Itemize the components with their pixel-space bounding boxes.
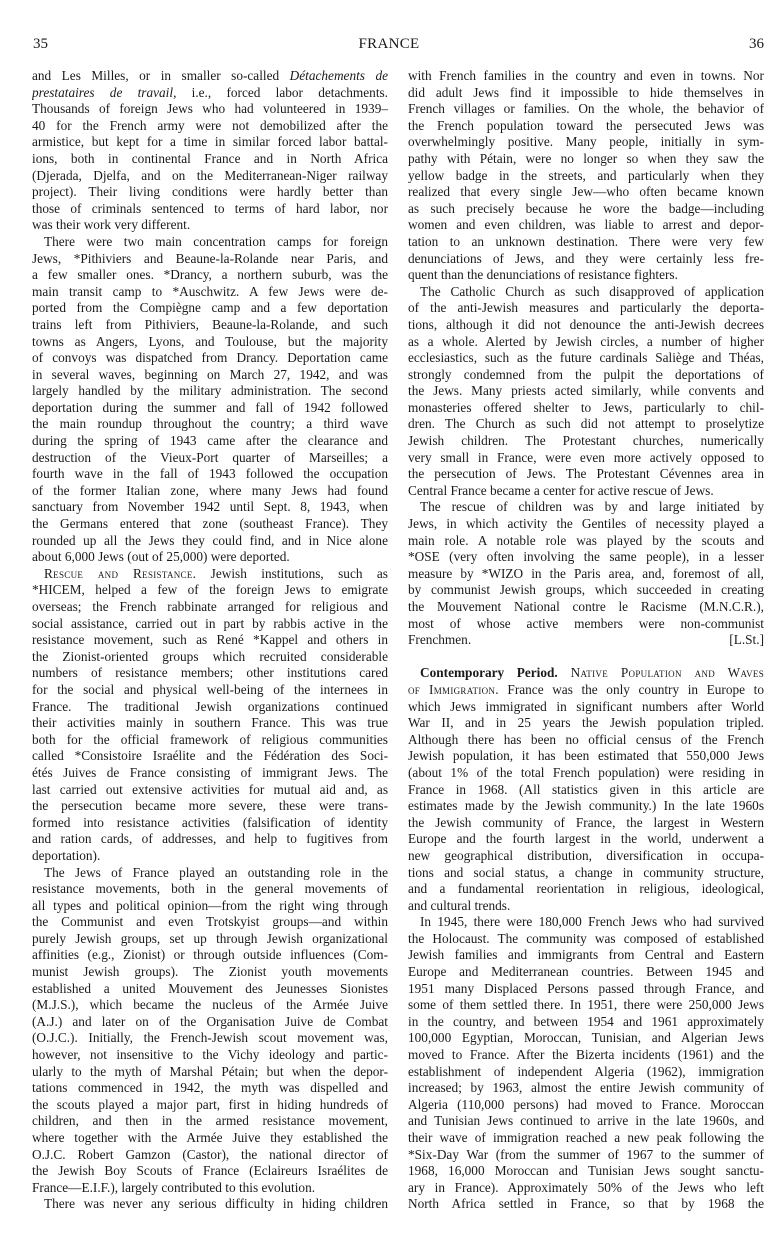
- line-text: France was the only country in Europe to: [499, 682, 764, 697]
- paragraph-line: the Mouvement National contre le Racisme…: [408, 599, 764, 616]
- paragraph-line: formed into resistance activities (falsi…: [32, 815, 388, 832]
- paragraph-line: purely Jewish groups, set up through Jew…: [32, 931, 388, 948]
- paragraph-line: the main roundup throughout the country;…: [32, 416, 388, 433]
- paragraph-line: ularly to the myth of Marshal Pétain; bu…: [32, 1064, 388, 1081]
- paragraph-line: moved to France. After the Bizerta incid…: [408, 1047, 764, 1064]
- paragraph-line: étés Juives de France consisting of immi…: [32, 765, 388, 782]
- paragraph-line: strongly condemned from the pulpit the d…: [408, 367, 764, 384]
- paragraph-line: armistice, but kept for a time in simila…: [32, 134, 388, 151]
- paragraph-line: both for the official framework of relig…: [32, 732, 388, 749]
- paragraph-line: of Immigration. France was the only coun…: [408, 682, 764, 699]
- paragraph-line: *HICEM, helped a few of the foreign Jews…: [32, 582, 388, 599]
- paragraph-line: tions and social status, a change in com…: [408, 865, 764, 882]
- paragraph-line: establishment of independent Algeria (19…: [408, 1064, 764, 1081]
- signoff-row: Frenchmen. [L.St.]: [408, 632, 764, 649]
- paragraph-line: new geographical distribution, diversifi…: [408, 848, 764, 865]
- paragraph-line: very small in France, were even more act…: [408, 450, 764, 467]
- section-contemporary-period: Contemporary Period. Native Population a…: [408, 665, 764, 914]
- paragraph-line: ary in France). Approximately 50% of the…: [408, 1180, 764, 1197]
- paragraph-line: Although there has been no official cens…: [408, 732, 764, 749]
- paragraph-line: social assistance, carried out in part b…: [32, 616, 388, 633]
- paragraph-line: France. The traditional Jewish organizat…: [32, 699, 388, 716]
- paragraph-rescue-of-children: The rescue of children was by and large …: [408, 499, 764, 648]
- paragraph-line: 100,000 Egyptian, Moroccan, Tunisian, an…: [408, 1030, 764, 1047]
- paragraph-line: (A.J.) and later on of the Organisation …: [32, 1014, 388, 1031]
- paragraph-line: In 1945, there were 180,000 French Jews …: [408, 914, 764, 931]
- paragraph-line: resistance movement, such as René *Kappe…: [32, 632, 388, 649]
- paragraph-line: of the anti-Jewish measures and particul…: [408, 300, 764, 317]
- paragraph-line: the Jews. Many priests acted similarly, …: [408, 383, 764, 400]
- paragraph-line: Thousands of foreign Jews who had volunt…: [32, 101, 388, 118]
- paragraph-line: by communist Jewish groups, which succee…: [408, 582, 764, 599]
- paragraph-body: The rescue of children was by and large …: [408, 499, 764, 632]
- paragraph-line: the persecution became more severe, thes…: [32, 798, 388, 815]
- paragraph-line: and Les Milles, or in smaller so-called …: [32, 68, 388, 85]
- paragraph-line: deportation).: [32, 848, 388, 865]
- paragraph-line: Jews, *Pithiviers and Beaune-la-Rolande …: [32, 251, 388, 268]
- paragraph-catholic-church: The Catholic Church as such disapproved …: [408, 284, 764, 500]
- paragraph-line: main transit camp to *Auschwitz. A few J…: [32, 284, 388, 301]
- paragraph-line: and Tunisian Jews continued to arrive in…: [408, 1113, 764, 1130]
- paragraph-line: however, not insensitive to the Vichy id…: [32, 1047, 388, 1064]
- paragraph-line: the persecution of Jews. The Protestant …: [408, 466, 764, 483]
- paragraph-line: with French families in the country and …: [408, 68, 764, 85]
- italic-text: prestataires de travail: [32, 85, 173, 100]
- paragraph-line: in several waves, beginning on March 27,…: [32, 367, 388, 384]
- page-header: 35 FRANCE 36: [0, 36, 778, 56]
- paragraph-line: of convoys was dispatched from Drancy. D…: [32, 350, 388, 367]
- paragraph-line: the French population toward the persecu…: [408, 118, 764, 135]
- paragraph-line: in the country, and between 1954 and 196…: [408, 1014, 764, 1031]
- paragraph-line: project). Their living conditions were h…: [32, 184, 388, 201]
- paragraph-labor-detachments: and Les Milles, or in smaller so-called …: [32, 68, 388, 234]
- paragraph-line: was their work very different.: [32, 217, 388, 234]
- author-signoff: [L.St.]: [729, 632, 764, 649]
- paragraph-line: dren. The Church as such did not attempt…: [408, 416, 764, 433]
- paragraph-line: the Jewish community of France, the larg…: [408, 815, 764, 832]
- paragraph-body: which Jews immigrated in significant num…: [408, 699, 764, 915]
- paragraph-line: Central France became a center for activ…: [408, 483, 764, 500]
- paragraph-line: overwhelmingly positive. Many people, in…: [408, 134, 764, 151]
- paragraph-line: War II, and in 25 years the Jewish popul…: [408, 715, 764, 732]
- paragraph-line: munist Jewish groups). The Zionist youth…: [32, 964, 388, 981]
- paragraph-line: about 6,000 Jews (out of 25,000) were de…: [32, 549, 388, 566]
- paragraph-line: yellow badge in the streets, and particu…: [408, 168, 764, 185]
- paragraph-line: Jews, in which activity the Gentiles of …: [408, 516, 764, 533]
- paragraph-line: The Jews of France played an outstanding…: [32, 865, 388, 882]
- paragraph-line: of the former Italian zone, where many J…: [32, 483, 388, 500]
- paragraph-line: France—E.I.F.), largely contributed to t…: [32, 1180, 388, 1197]
- paragraph-line: and cultural trends.: [408, 898, 764, 915]
- paragraph-line: *Six-Day War (from the summer of 1967 to…: [408, 1147, 764, 1164]
- paragraph-line: measure by *WIZO in the Paris area, and,…: [408, 566, 764, 583]
- paragraph-line: *OSE (very often involving the same peop…: [408, 549, 764, 566]
- paragraph-french-population: with French families in the country and …: [408, 68, 764, 284]
- paragraph-line: those of criminals sentenced to terms of…: [32, 201, 388, 218]
- paragraph-line: 40 for the French army were not demobili…: [32, 118, 388, 135]
- paragraph-line: destruction of the Vieux-Port quarter of…: [32, 450, 388, 467]
- paragraph-line: main role. A notable role was played by …: [408, 533, 764, 550]
- paragraph-line: and ration cards, of addresses, and help…: [32, 831, 388, 848]
- running-title: FRANCE: [0, 36, 778, 53]
- paragraph-line: the Zionist-oriented groups which recrui…: [32, 649, 388, 666]
- paragraph-line: rounded up all the Jews they could find,…: [32, 533, 388, 550]
- paragraph-line: and a fundamental reorientation in relig…: [408, 881, 764, 898]
- paragraph-line: numbers of resistance members; other ins…: [32, 665, 388, 682]
- paragraph-line: (M.J.S.), which became the nucleus of th…: [32, 997, 388, 1014]
- paragraph-line: 1968, 16,000 Moroccan and Tunisian Jews …: [408, 1163, 764, 1180]
- section-subhead-cont: of Immigration.: [408, 682, 499, 697]
- line-text: , i.e., forced labor detachments.: [173, 85, 388, 100]
- paragraph-line: their wave of immigration reached a new …: [408, 1130, 764, 1147]
- paragraph-line: women and even children, was liable to a…: [408, 217, 764, 234]
- paragraph-line: Europe and the fourth largest in the wor…: [408, 831, 764, 848]
- paragraph-line: during the spring of 1943 came after the…: [32, 433, 388, 450]
- section-spacer: [408, 649, 764, 666]
- paragraph-line: monasteries offered shelter to Jews, par…: [408, 400, 764, 417]
- paragraph-line: prestataires de travail, i.e., forced la…: [32, 85, 388, 102]
- paragraph-line: children, and then in the armed resistan…: [32, 1113, 388, 1130]
- paragraph-line: as such precisely because he wore the ba…: [408, 201, 764, 218]
- paragraph-line: realized that every single Jew—who often…: [408, 184, 764, 201]
- paragraph-line: Jewish families and immigrants from Cent…: [408, 947, 764, 964]
- left-column: and Les Milles, or in smaller so-called …: [32, 68, 388, 1213]
- paragraph-line: some of them settled there. In 1951, the…: [408, 997, 764, 1014]
- paragraph-line: their activities mainly in southern Fran…: [32, 715, 388, 732]
- paragraph-line: quent than the denunciations of resistan…: [408, 267, 764, 284]
- paragraph-line: The Catholic Church as such disapproved …: [408, 284, 764, 301]
- paragraph-line: There were two main concentration camps …: [32, 234, 388, 251]
- paragraph-line: Contemporary Period. Native Population a…: [408, 665, 764, 682]
- paragraph-line: the Communist and even Trotskyist groups…: [32, 914, 388, 931]
- paragraph-line: most of whose active members were non-co…: [408, 616, 764, 633]
- paragraph-line: The rescue of children was by and large …: [408, 499, 764, 516]
- paragraph-line: 1951 many Displaced Persons passed throu…: [408, 981, 764, 998]
- paragraph-line: a few smaller ones. *Drancy, a northern …: [32, 267, 388, 284]
- paragraph-line: estimates made by the Jewish community.)…: [408, 798, 764, 815]
- paragraph-line: pathy with Pétain, were no longer so whe…: [408, 151, 764, 168]
- paragraph-last-line: Frenchmen.: [408, 632, 471, 649]
- paragraph-line: (Djerada, Djelfa, and on the Mediterrane…: [32, 168, 388, 185]
- paragraph-line: tions, although it did not denounce the …: [408, 317, 764, 334]
- paragraph-line: tation to an unknown destination. There …: [408, 234, 764, 251]
- paragraph-line: last carried out extensive activities fo…: [32, 782, 388, 799]
- line-text: and Les Milles, or in smaller so-called: [32, 68, 290, 83]
- paragraph-line: Jewish population, it has been estimated…: [408, 748, 764, 765]
- paragraph-line: the Jewish Boy Scouts of France (Eclaire…: [32, 1163, 388, 1180]
- paragraph-line: resistance movements, both in the genera…: [32, 881, 388, 898]
- paragraph-line: which Jews immigrated in significant num…: [408, 699, 764, 716]
- paragraph-line: called *Consistoire Israélite and the Fé…: [32, 748, 388, 765]
- paragraph-line: did adult Jews find it impossible to hid…: [408, 85, 764, 102]
- section-subhead: Native Population and Waves: [558, 665, 764, 680]
- paragraph-line: France in 1968. (All statistics given in…: [408, 782, 764, 799]
- section-heading-rescue-and-resistance: Rescue and Resistance.: [44, 566, 196, 581]
- paragraph-line: towns as Angers, Lyons, and Toulouse, bu…: [32, 334, 388, 351]
- paragraph-line: for the social and physical well-being o…: [32, 682, 388, 699]
- section-title: Contemporary Period.: [420, 665, 558, 680]
- paragraph-line: overseas; the French rabbinate arranged …: [32, 599, 388, 616]
- paragraph-line: ported from the Compiègne camp and a few…: [32, 300, 388, 317]
- paragraph-line: where together with the Armée Juive they…: [32, 1130, 388, 1147]
- paragraph-line: O.J.C. Robert Gamzon (Castor), the natio…: [32, 1147, 388, 1164]
- paragraph-line: as a whole. Alerted by Jewish circles, a…: [408, 334, 764, 351]
- paragraph-hiding-children: There was never any serious difficulty i…: [32, 1196, 388, 1213]
- paragraph-line: ions, both in continental France and in …: [32, 151, 388, 168]
- paragraph-postwar-immigration: In 1945, there were 180,000 French Jews …: [408, 914, 764, 1213]
- paragraph-line: tations commenced in 1942, the myth was …: [32, 1080, 388, 1097]
- paragraph-line: North Africa settled in France, so that …: [408, 1196, 764, 1213]
- paragraph-line: (O.J.C.). Initially, the French-Jewish s…: [32, 1030, 388, 1047]
- paragraph-rescue-and-resistance: Rescue and Resistance. Jewish institutio…: [32, 566, 388, 865]
- paragraph-line: largely handled by the military administ…: [32, 383, 388, 400]
- paragraph-line: denunciations of Jews, and they were cer…: [408, 251, 764, 268]
- paragraph-line: Jewish children. The Protestant churches…: [408, 433, 764, 450]
- paragraph-line: (about 1% of the total French population…: [408, 765, 764, 782]
- paragraph-line: the Holocaust. The community was compose…: [408, 931, 764, 948]
- paragraph-line: trains left from Pithiviers, Beaune-la-R…: [32, 317, 388, 334]
- paragraph-line: There was never any serious difficulty i…: [32, 1196, 388, 1213]
- italic-text: Détachements de: [290, 68, 388, 83]
- page-number-right: 36: [749, 36, 764, 53]
- paragraph-jews-in-resistance: The Jews of France played an outstanding…: [32, 865, 388, 1197]
- paragraph-line: deportation during the summer and fall o…: [32, 400, 388, 417]
- paragraph-body: *HICEM, helped a few of the foreign Jews…: [32, 582, 388, 864]
- paragraph-line: French villages or families. On the whol…: [408, 101, 764, 118]
- paragraph-line: the scouts played a major part, first in…: [32, 1097, 388, 1114]
- paragraph-line: all types and political opinion—from the…: [32, 898, 388, 915]
- line-text: Jewish institutions, such as: [196, 566, 388, 581]
- paragraph-line: increased; by 1963, almost the entire Je…: [408, 1080, 764, 1097]
- paragraph-line: affinities (e.g., Zionist) or through ou…: [32, 947, 388, 964]
- paragraph-line: sanctuary from November 1942 until Sept.…: [32, 499, 388, 516]
- right-column: with French families in the country and …: [408, 68, 764, 1213]
- paragraph-line: fourth wave in the fall of 1943 followed…: [32, 466, 388, 483]
- paragraph-line: the Germans entered that zone (southeast…: [32, 516, 388, 533]
- paragraph-line: established a united Mouvement des Jeune…: [32, 981, 388, 998]
- paragraph-line: Rescue and Resistance. Jewish institutio…: [32, 566, 388, 583]
- paragraph-line: ecclesiastics, such as the future cardin…: [408, 350, 764, 367]
- paragraph-concentration-camps: There were two main concentration camps …: [32, 234, 388, 566]
- paragraph-line: Europe and Mediterranean countries. Betw…: [408, 964, 764, 981]
- paragraph-line: Algeria (110,000 persons) had moved to F…: [408, 1097, 764, 1114]
